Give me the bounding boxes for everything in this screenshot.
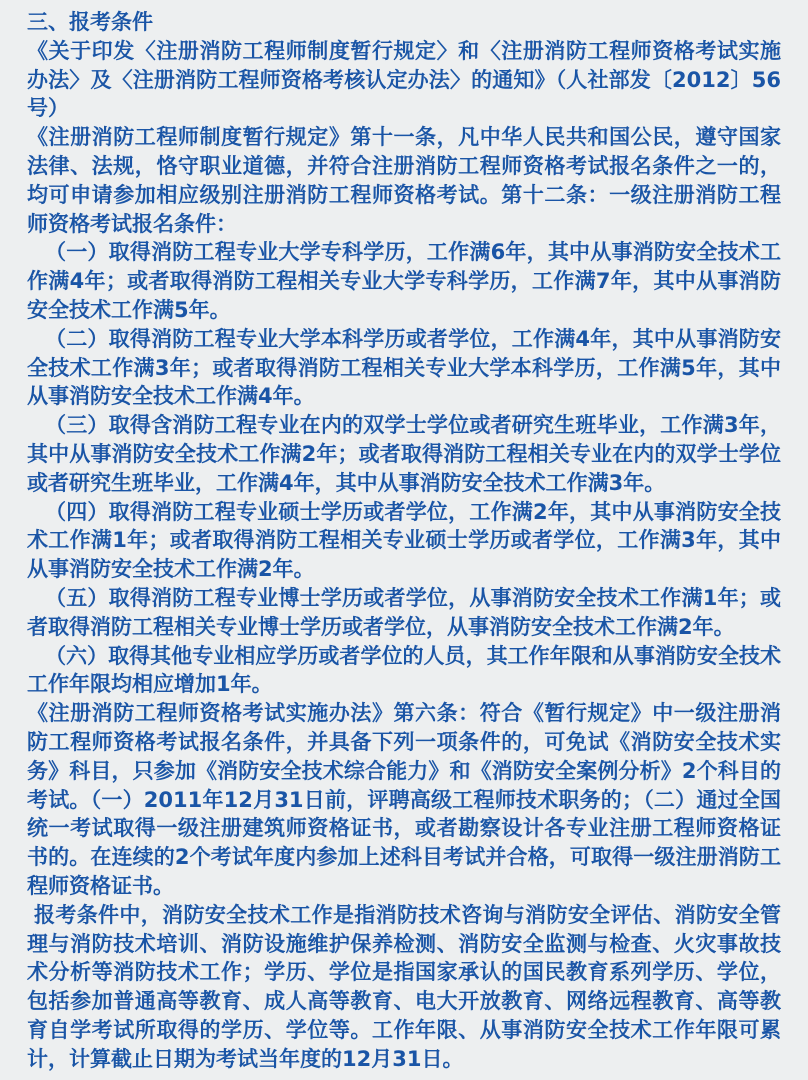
condition-item-1: （一）取得消防工程专业大学专科学历，工作满6年，其中从事消防安全技术工作满4年；…	[27, 238, 781, 324]
exemption-paragraph: 《注册消防工程师资格考试实施办法》第六条：符合《暂行规定》中一级注册消防工程师资…	[27, 699, 781, 901]
condition-item-5: （五）取得消防工程专业博士学历或者学位，从事消防安全技术工作满1年；或者取得消防…	[27, 584, 781, 642]
condition-item-3: （三）取得含消防工程专业在内的双学士学位或者研究生班毕业，工作满3年，其中从事消…	[27, 411, 781, 497]
condition-item-2: （二）取得消防工程专业大学本科学历或者学位，工作满4年，其中从事消防安全技术工作…	[27, 325, 781, 411]
condition-item-6: （六）取得其他专业相应学历或者学位的人员，其工作年限和从事消防安全技术工作年限均…	[27, 642, 781, 700]
document-page: 三、报考条件 《关于印发〈注册消防工程师制度暂行规定〉和〈注册消防工程师资格考试…	[0, 0, 808, 1080]
eligibility-paragraph: 《注册消防工程师制度暂行规定》第十一条，凡中华人民共和国公民，遵守国家法律、法规…	[27, 123, 781, 238]
scope-definition-paragraph: 报考条件中，消防安全技术工作是指消防技术咨询与消防安全评估、消防安全管理与消防技…	[27, 901, 781, 1074]
notice-paragraph: 《关于印发〈注册消防工程师制度暂行规定〉和〈注册消防工程师资格考试实施办法〉及〈…	[27, 37, 781, 123]
section-heading: 三、报考条件	[27, 8, 781, 37]
condition-item-4: （四）取得消防工程专业硕士学历或者学位，工作满2年，其中从事消防安全技术工作满1…	[27, 498, 781, 584]
